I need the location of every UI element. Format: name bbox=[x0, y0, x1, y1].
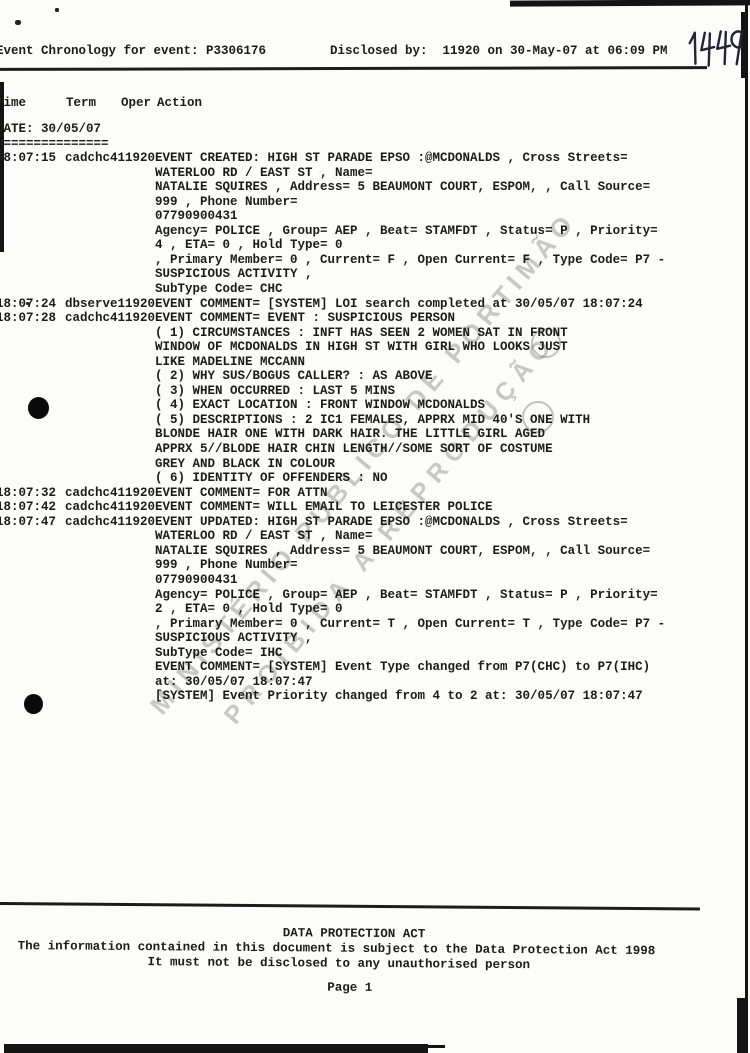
handwritten-page-number bbox=[682, 21, 748, 70]
footer-rule bbox=[0, 902, 700, 910]
data-protection-heading: DATA PROTECTION ACT bbox=[283, 926, 426, 942]
scanned-document-page: MINISTÉRIO PÚBLICO DE PORTIMÃO PROIBIDA … bbox=[0, 0, 750, 1053]
handwriting-strokes bbox=[682, 21, 748, 70]
data-protection-notice-2: It must not be disclosed to any unauthor… bbox=[147, 955, 530, 973]
footer: DATA PROTECTION ACT The information cont… bbox=[0, 0, 750, 1053]
page-number: Page 1 bbox=[327, 981, 372, 996]
